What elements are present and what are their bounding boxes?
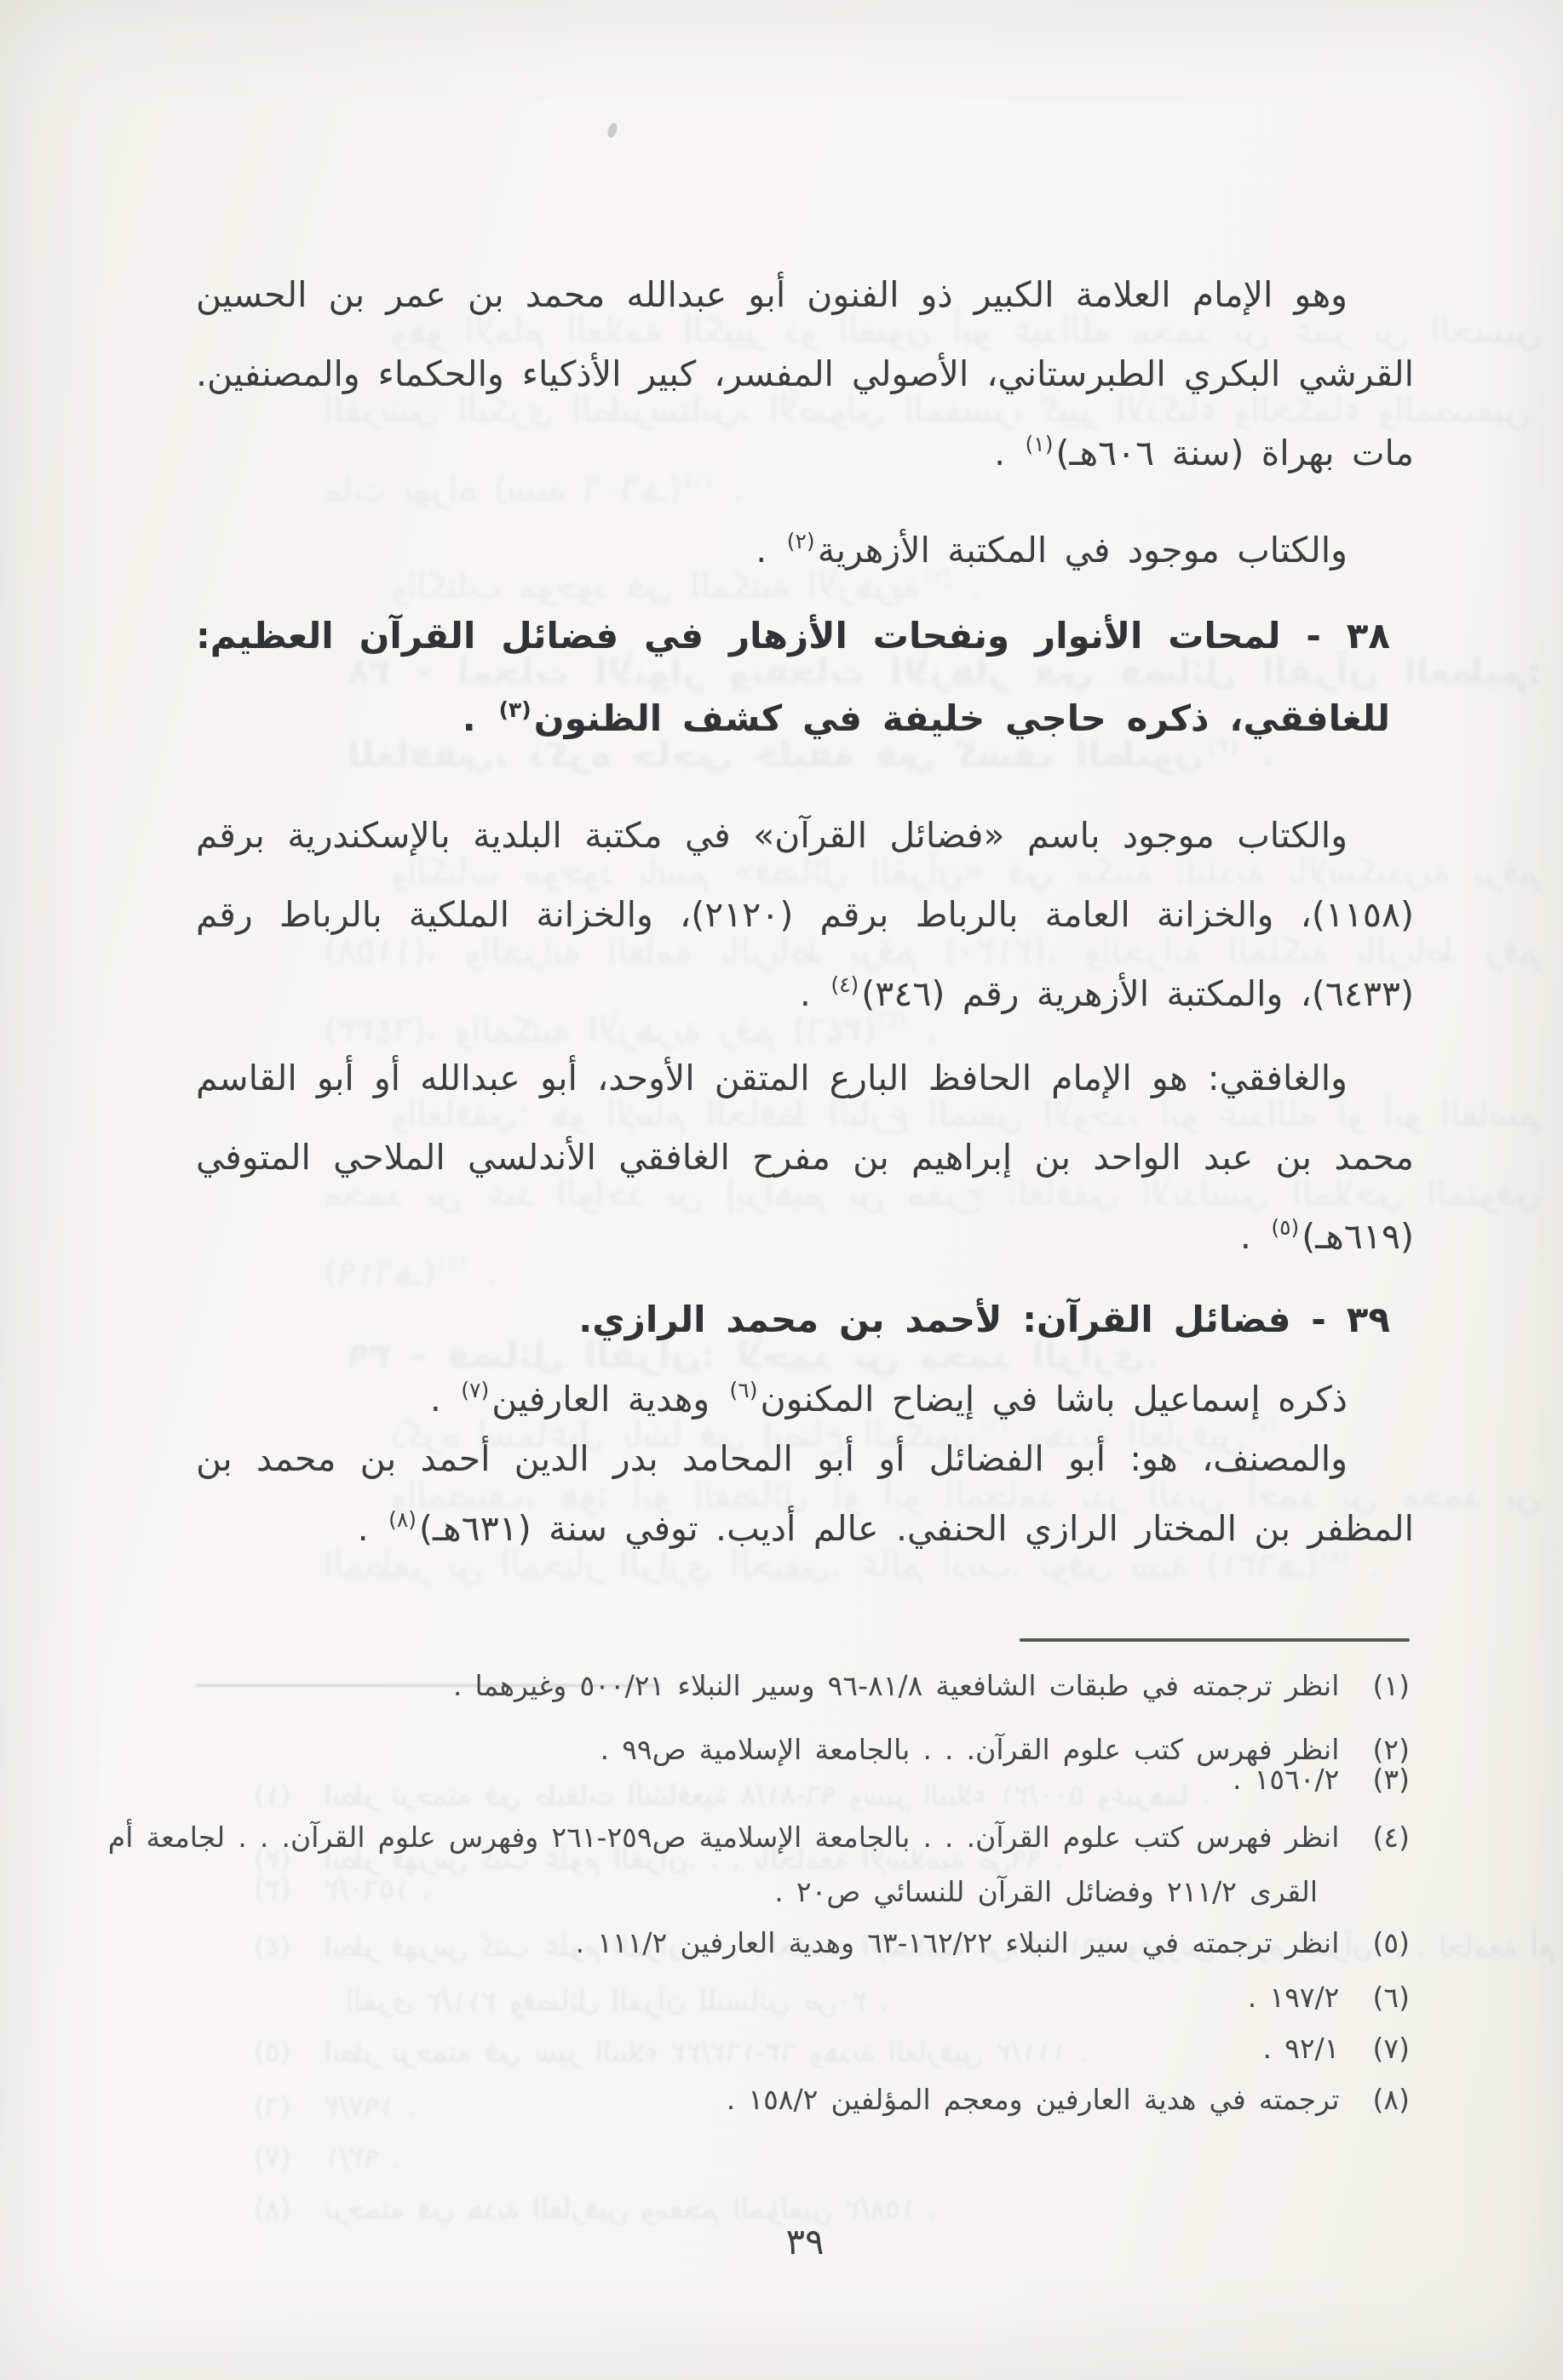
footnote-number: (٧): [1373, 2032, 1410, 2065]
footnote-text: انظر فهرس كتب علوم القرآن. . . بالجامعة …: [600, 1733, 1353, 1766]
text-run: والكتاب موجود في المكتبة الأزهرية: [390, 565, 920, 606]
footnote-number: (٢): [254, 1842, 290, 1875]
footnote: (٢) انظر فهرس كتب علوم القرآن. . . بالجا…: [59, 1723, 1410, 1777]
entry-heading: للغافقي، ذكره حاجي خليفة في كشف الظنون(٣…: [324, 714, 1542, 799]
footnote-number: (٦): [254, 2090, 290, 2123]
footnote-number: (٨): [1373, 2083, 1410, 2116]
footnote-text: انظر فهرس كتب علوم القرآن. . . بالجامعة …: [108, 1821, 1353, 1908]
text-run: .: [469, 1252, 497, 1293]
text-run: .: [1240, 1216, 1268, 1257]
text-run: والكتاب موجود باسم «فضائل القرآن» في مكت…: [196, 815, 1414, 1014]
text-run: .: [1352, 1544, 1380, 1585]
footnote-reference: (٨): [1321, 1543, 1349, 1568]
footnote-number: (٧): [254, 2141, 290, 2174]
body-paragraph: والكتاب موجود في المكتبة الأزهرية(٢) .: [196, 511, 1414, 594]
bleed-through-footnotes-layer: (١) انظر ترجمته في طبقات الشافعية ٨١/٨-٩…: [101, 109, 1359, 2323]
text-run: .: [1279, 1414, 1307, 1455]
footnote-reference: (٦): [980, 1414, 1008, 1438]
footnote-reference: (٣): [499, 697, 532, 722]
footnote-text: ١٥٦٠/٢ .: [311, 1872, 430, 1905]
text-run: .: [715, 468, 743, 509]
text-run: والكتاب موجود في المكتبة الأزهرية: [818, 530, 1348, 571]
entry-heading: ٣٨ - لمحات الأنوار ونفحات الأزهار في فضا…: [196, 596, 1414, 675]
footnote-reference: (٣): [1206, 733, 1238, 758]
text-run: .: [463, 697, 497, 739]
footnote-number: (٤): [1373, 1821, 1410, 1854]
footnote-reference: (١): [685, 467, 713, 492]
footnote-reference: (١): [1026, 432, 1054, 456]
text-run: وهو الإمام العلامة الكبير ذو الفنون أبو …: [196, 274, 1414, 473]
text-column: وهو الإمام العلامة الكبير ذو الفنون أبو …: [0, 0, 1563, 2380]
text-run: وهو الإمام العلامة الكبير ذو الفنون أبو …: [324, 310, 1542, 509]
text-run: ذكره إسماعيل باشا في إيضاح المكنون: [761, 1379, 1348, 1419]
footnote-number: (٢): [1373, 1733, 1410, 1766]
footnote: (٨) ترجمته في هدية العارفين ومعجم المؤلف…: [59, 2073, 1410, 2127]
text-run: وهدية العارفين: [1010, 1414, 1245, 1455]
footnote-reference: (٢): [922, 565, 951, 589]
footnote-number: (١): [254, 1778, 290, 1811]
footnote-reference: (٤): [879, 1008, 907, 1033]
footnote-reference: (٥): [1271, 1215, 1299, 1240]
text-run: وهدية العارفين: [491, 1379, 727, 1419]
footnote: (٥) انظر ترجمته في سير النبلاء ١٦٢/٢٢-٦٣…: [254, 2025, 1563, 2079]
footnote-text: انظر ترجمته في سير النبلاء ١٦٢/٢٢-٦٣ وهد…: [576, 1926, 1353, 1959]
body-paragraph: ذكره إسماعيل باشا في إيضاح المكنون(٦) وه…: [324, 1396, 1542, 1479]
footnote-text: انظر ترجمته في طبقات الشافعية ٨١/٨-٩٦ وس…: [311, 1778, 1210, 1811]
footnote: (٤) انظر فهرس كتب علوم القرآن. . . بالجا…: [254, 1919, 1563, 2028]
text-run: ٣٩ - فضائل القرآن: لأحمد بن محمد الرازي.: [348, 1334, 1159, 1376]
text-run: والكتاب موجود باسم «فضائل القرآن» في مكت…: [324, 851, 1542, 1050]
body-paragraph: والكتاب موجود في المكتبة الأزهرية(٢) .: [324, 547, 1542, 630]
scanned-book-page: وهو الإمام العلامة الكبير ذو الفنون أبو …: [0, 0, 1563, 2380]
footnote-reference: (٧): [461, 1378, 489, 1402]
footnote-reference: (٧): [1249, 1414, 1277, 1438]
text-run: .: [800, 973, 828, 1014]
footnote-number: (٤): [254, 1930, 290, 1963]
text-run: والمصنف، هو: أبو الفضائل أو أبو المحامد …: [324, 1474, 1542, 1585]
footnote-number: (١): [1373, 1669, 1410, 1702]
footnote-text: انظر فهرس كتب علوم القرآن. . . بالجامعة …: [311, 1842, 1063, 1875]
text-run: .: [910, 1009, 938, 1050]
footnote-number: (٣): [254, 1872, 290, 1905]
text-run: .: [358, 1508, 386, 1549]
text-run: ٣٩ - فضائل القرآن: لأحمد بن محمد الرازي.: [578, 1299, 1390, 1340]
body-paragraph: والكتاب موجود باسم «فضائل القرآن» في مكت…: [324, 832, 1542, 1074]
footnote-text: انظر فهرس كتب علوم القرآن. . . بالجامعة …: [311, 1930, 1555, 2017]
footnote: (٧) ٩٢/١ .: [59, 2022, 1410, 2076]
body-paragraph: والمصنف، هو: أبو الفضائل أو أبو المحامد …: [324, 1460, 1542, 1604]
bleed-through-text-layer: وهو الإمام العلامة الكبير ذو الفنون أبو …: [175, 36, 1393, 1824]
bleed-through-separator-line: [196, 1684, 660, 1687]
footnote-number: (٥): [254, 2035, 290, 2068]
text-run: للغافقي، ذكره حاجي خليفة في كشف الظنون: [348, 733, 1204, 775]
body-paragraph: وهو الإمام العلامة الكبير ذو الفنون أبو …: [196, 255, 1414, 497]
footnote-text: انظر ترجمته في سير النبلاء ١٦٢/٢٢-٦٣ وهد…: [311, 2035, 1088, 2068]
footnote: (٦) ١٩٧/٢ .: [254, 2079, 1563, 2134]
footnote: (٤) انظر فهرس كتب علوم القرآن. . . بالجا…: [59, 1810, 1410, 1919]
footnote-number: (٦): [1373, 1981, 1410, 2014]
body-paragraph: والمصنف، هو: أبو الفضائل أو أبو المحامد …: [196, 1424, 1414, 1569]
footnote: (٧) ٩٢/١ .: [254, 2131, 1563, 2185]
text-run: ٣٨ - لمحات الأنوار ونفحات الأزهار في فضا…: [348, 651, 1542, 692]
text-run: والغافقي: هو الإمام الحافظ البارع المتقن…: [324, 1093, 1542, 1293]
footnote-text: ٩٢/١ .: [1262, 2032, 1352, 2065]
text-run: والغافقي: هو الإمام الحافظ البارع المتقن…: [196, 1058, 1414, 1257]
footnote-number: (٣): [1373, 1763, 1410, 1796]
text-run: .: [756, 530, 784, 571]
footnote-text: ١٩٧/٢ .: [311, 2090, 416, 2123]
text-run: للغافقي، ذكره حاجي خليفة في كشف الظنون: [534, 697, 1390, 739]
footnote-text: ١٥٦٠/٢ .: [1233, 1763, 1352, 1796]
entry-heading: ٣٩ - فضائل القرآن: لأحمد بن محمد الرازي.: [196, 1280, 1414, 1359]
text-run: ذكره إسماعيل باشا في إيضاح المكنون: [390, 1414, 978, 1455]
body-paragraph: والغافقي: هو الإمام الحافظ البارع المتقن…: [324, 1075, 1542, 1316]
footnote: (٣) ١٥٦٠/٢ .: [254, 1861, 1563, 1916]
page-number: ٣٩: [196, 2221, 1414, 2262]
entry-heading: ٣٨ - لمحات الأنوار ونفحات الأزهار في فضا…: [324, 632, 1542, 711]
footnote-reference: (٢): [787, 529, 815, 553]
scan-artifact-speck: [606, 122, 618, 139]
footnote: (٢) انظر فهرس كتب علوم القرآن. . . بالجا…: [254, 1832, 1563, 1886]
text-run: .: [1241, 733, 1275, 775]
footnote: (٣) ١٥٦٠/٢ .: [59, 1752, 1410, 1807]
body-paragraph: والكتاب موجود باسم «فضائل القرآن» في مكت…: [196, 796, 1414, 1038]
footnote: (٥) انظر ترجمته في سير النبلاء ١٦٢/٢٢-٦٣…: [59, 1916, 1410, 1970]
footnote-text: ٩٢/١ .: [311, 2141, 400, 2174]
body-paragraph: ذكره إسماعيل باشا في إيضاح المكنون(٦) وه…: [196, 1360, 1414, 1443]
footnote-reference: (٤): [830, 972, 859, 997]
entry-heading: ٣٩ - فضائل القرآن: لأحمد بن محمد الرازي.: [324, 1316, 1542, 1395]
body-paragraph: والغافقي: هو الإمام الحافظ البارع المتقن…: [196, 1039, 1414, 1281]
text-run: ٣٨ - لمحات الأنوار ونفحات الأزهار في فضا…: [196, 615, 1390, 657]
footnote-reference: (٦): [730, 1378, 758, 1402]
body-paragraph: وهو الإمام العلامة الكبير ذو الفنون أبو …: [324, 291, 1542, 533]
footnotes-block: (١) انظر ترجمته في طبقات الشافعية ٨١/٨-٩…: [0, 0, 1563, 2380]
footnote: (١) انظر ترجمته في طبقات الشافعية ٨١/٨-٩…: [254, 1768, 1563, 1822]
entry-heading: للغافقي، ذكره حاجي خليفة في كشف الظنون(٣…: [196, 679, 1414, 763]
footnote-reference: (٥): [439, 1251, 467, 1276]
footnote-text: ترجمته في هدية العارفين ومعجم المؤلفين ١…: [727, 2083, 1353, 2116]
footnote-separator: [1020, 1638, 1410, 1642]
footnote: (٦) ١٩٧/٢ .: [59, 1970, 1410, 2025]
footnote-text: ١٩٧/٢ .: [1248, 1981, 1353, 2014]
text-run: .: [953, 565, 981, 606]
text-run: والمصنف، هو: أبو الفضائل أو أبو المحامد …: [196, 1438, 1414, 1549]
text-run: .: [430, 1379, 458, 1419]
footnote-reference: (٨): [388, 1507, 417, 1532]
footnote-number: (٥): [1373, 1926, 1410, 1959]
text-run: .: [994, 433, 1022, 473]
